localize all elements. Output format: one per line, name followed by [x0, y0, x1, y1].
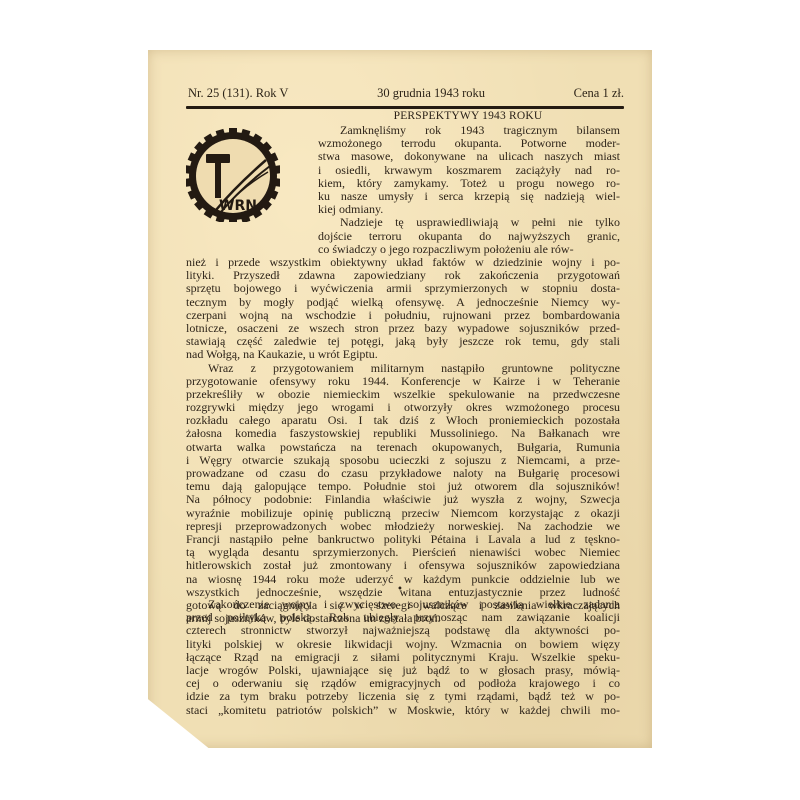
- text-line: co świadczy o jego rozpaczliwym położeni…: [318, 243, 620, 256]
- text-line: sprzętu bojowego i wyćwiczenia armii spr…: [186, 282, 620, 295]
- text-line: przed poiltyką polską. Rok ubiegły przyn…: [186, 611, 620, 624]
- text-line: Francji nastąpiło pełne bankructwo polit…: [186, 533, 620, 546]
- masthead: Nr. 25 (131). Rok V 30 grudnia 1943 roku…: [188, 86, 624, 104]
- text-line: staci „komitetu patriotów polskich” w Mo…: [186, 704, 620, 717]
- text-line: czerpani wojną na wschodzie i południu, …: [186, 309, 620, 322]
- text-line: rozkładu całego aparatu Osi. I tak dziś …: [186, 414, 620, 427]
- text-line: i osiedli, krwawym koszmarem zaciążyły n…: [318, 164, 620, 177]
- text-line: czterech stronnictw stworzył najważniejs…: [186, 624, 620, 637]
- text-line: hitlerowskich został już zmontowany i of…: [186, 559, 620, 572]
- text-line: Wraz z przygotowaniem militarnym nastąpi…: [186, 362, 620, 375]
- text-line: i Węgry otwarcie szukają sposobu ucieczk…: [186, 454, 620, 467]
- text-line: ku nasze umysły i serca krzepią się nadz…: [318, 190, 620, 203]
- text-line: represji przeprowadzonych wobec młodzież…: [186, 520, 620, 533]
- text-line: tą wygląda desantu sprzymierzonych. Pier…: [186, 546, 620, 559]
- article-body: nież i przede wszystkim obiektywny układ…: [186, 256, 620, 625]
- wrn-logo-text: WRN: [219, 198, 257, 214]
- text-line: stawiają część zaledwie tej potęgi, jaką…: [186, 335, 620, 348]
- text-line: lotnicze, osaczeni ze wszech stron przez…: [186, 322, 620, 335]
- text-line: otwarta walka powstańcza na terenach oku…: [186, 441, 620, 454]
- text-line: Na północy podobnie: Finlandia właściwie…: [186, 493, 620, 506]
- text-line: nad Wołgą, na Kaukazie, u wrót Egiptu.: [186, 348, 620, 361]
- text-line: przygotowanie ofensywy roku 1944. Konfer…: [186, 375, 620, 388]
- text-line: temu dają galopujące tempo. Południe sto…: [186, 480, 620, 493]
- text-line: Zamknęliśmy rok 1943 tragicznym bilansem: [318, 124, 620, 137]
- text-line: kiem, który zamykamy. Toteż u progu nowe…: [318, 177, 620, 190]
- text-line: lityki polskiej w okresie likwidacji woj…: [186, 638, 620, 651]
- text-line: prowadzane od czasu do czasu przykładowe…: [186, 467, 620, 480]
- issue-number: Nr. 25 (131). Rok V: [188, 86, 288, 101]
- text-line: cej o oderwaniu się rządów emigracyjnych…: [186, 677, 620, 690]
- text-line: tecznym by mogły podjąć wielką ofensywę.…: [186, 296, 620, 309]
- text-line: lityki. Przyszedł zdawna zapowiedziany r…: [186, 269, 620, 282]
- text-line: przekreśliły w obozie niemieckim wszelki…: [186, 388, 620, 401]
- text-line: rozgrywki między jego wrogami i otworzył…: [186, 401, 620, 414]
- wrn-emblem-icon: WRN: [186, 126, 280, 222]
- issue-price: Cena 1 zł.: [574, 86, 624, 101]
- text-line: stwa masowe, dokonywane na ulicach naszy…: [318, 150, 620, 163]
- text-line: żałosna komedia faszystowskiej republiki…: [186, 427, 620, 440]
- text-line: nież i przede wszystkim obiektywny układ…: [186, 256, 620, 269]
- text-line: Zakończenie wojny i zwycięstwo sojusznik…: [186, 598, 620, 611]
- text-line: idzie za tym braku potrzeby liczenia się…: [186, 690, 620, 703]
- masthead-rule: [186, 106, 624, 109]
- text-line: Nadzieje tę usprawiedliwiają w pełni nie…: [318, 216, 620, 229]
- article-title: PERSPEKTYWY 1943 ROKU: [318, 110, 618, 122]
- text-line: kiej odmiany.: [318, 203, 620, 216]
- text-line: dojście terroru okupanta do najwyższych …: [318, 230, 620, 243]
- article-closing: Zakończenie wojny i zwycięstwo sojusznik…: [186, 598, 620, 717]
- issue-date: 30 grudnia 1943 roku: [377, 86, 485, 101]
- text-line: łączące Rząd na emigracji z siłami polit…: [186, 651, 620, 664]
- section-separator: •: [395, 584, 405, 595]
- text-line: wyraźnie mobilizuje opinię publiczną prz…: [186, 507, 620, 520]
- article-intro: Zamknęliśmy rok 1943 tragicznym bilansem…: [318, 124, 620, 256]
- text-line: lacje wrogów Polski, ujawniające się już…: [186, 664, 620, 677]
- text-line: wzmożonego terrodu okupanta. Potworne mo…: [318, 137, 620, 150]
